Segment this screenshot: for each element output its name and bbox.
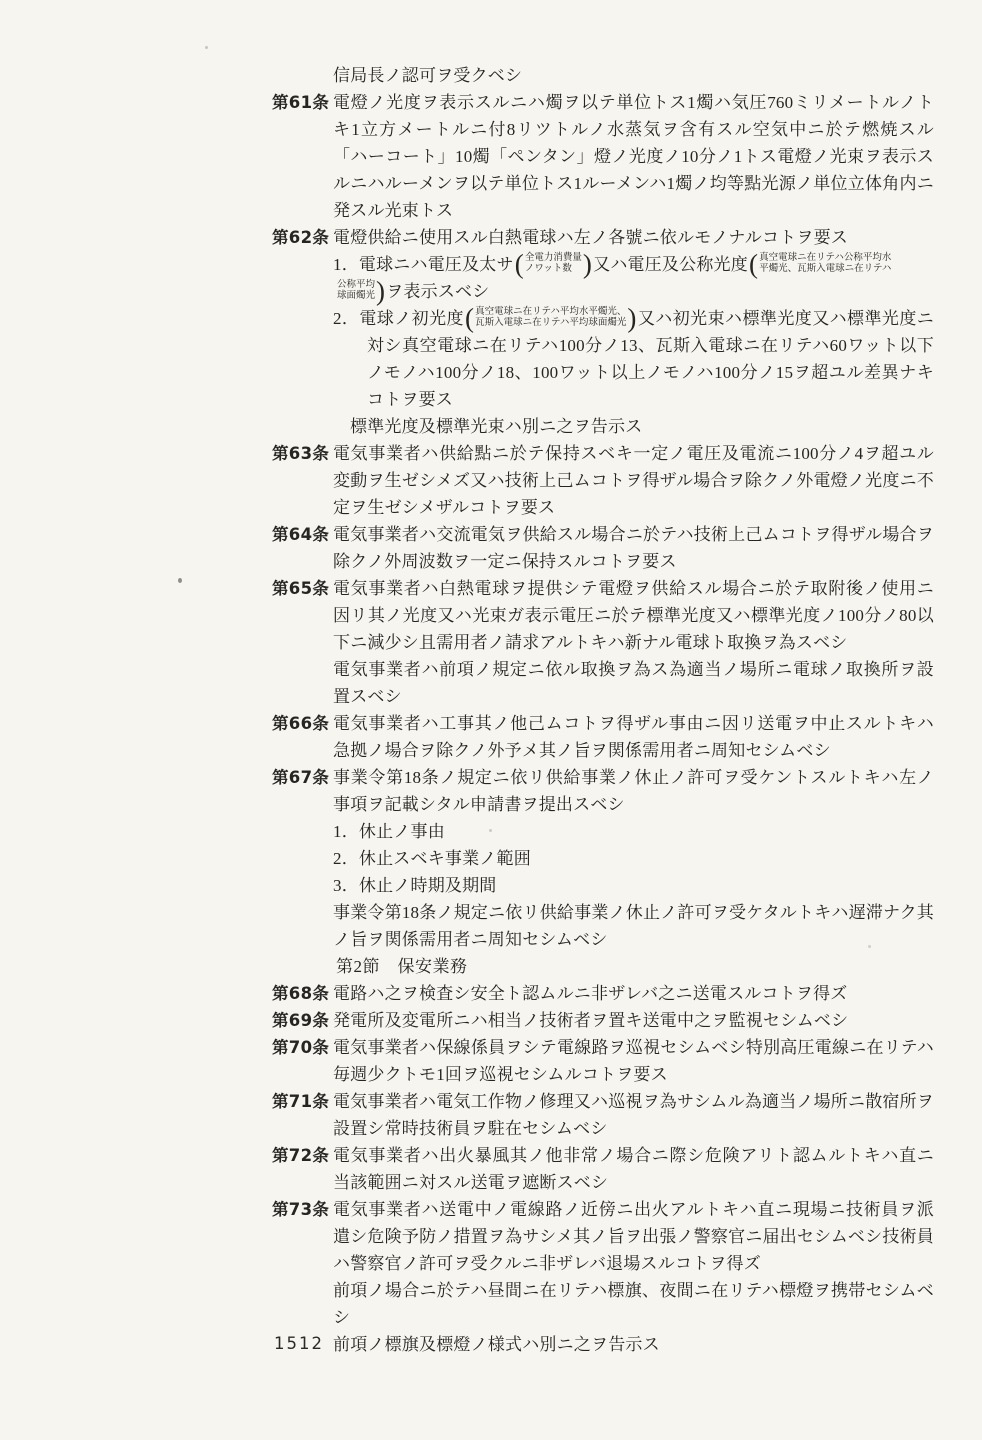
inline-annotation: (全電力消費量ノワット数) (514, 253, 593, 276)
article-body: 電気事業者ハ白熱電球ヲ提供シテ電燈ヲ供給スル場合ニ於テ取附後ノ使用ニ因リ其ノ光度… (333, 575, 934, 710)
note-line: 標準光度及標準光束ハ別ニ之ヲ告示ス (333, 413, 934, 440)
annotation-bottom-line: ノワット数 (525, 264, 582, 276)
page-number: 1512 (274, 1334, 324, 1353)
annotation-top-line: 全電力消費量 (525, 253, 582, 265)
list-item: 2．電球ノ初光度(真空電球ニ在リテハ平均水平燭光、瓦斯入電球ニ在リテハ平均球面燭… (333, 305, 934, 413)
article-paragraph: 電燈供給ニ使用スル白熱電球ハ左ノ各號ニ依ルモノナルコトヲ要ス (333, 224, 934, 251)
article-body: 電燈供給ニ使用スル白熱電球ハ左ノ各號ニ依ルモノナルコトヲ要ス1．電球ニハ電圧及太… (333, 224, 934, 440)
article-number: 第69条 (272, 1007, 333, 1034)
article-paragraph: 前項ノ場合ニ於テハ昼間ニ在リテハ標旗、夜間ニ在リテハ標燈ヲ携帯セシムベシ (333, 1277, 934, 1331)
article-number: 第68条 (272, 980, 333, 1007)
inline-annotation: 公称平均球面燭光) (337, 280, 386, 303)
document-row: 第61条電燈ノ光度ヲ表示スルニハ燭ヲ以テ単位トス1燭ハ気圧760ミリメートルノト… (272, 89, 934, 224)
document-row: 第62条電燈供給ニ使用スル白熱電球ハ左ノ各號ニ依ルモノナルコトヲ要ス1．電球ニハ… (272, 224, 934, 440)
article-body: 電気事業者ハ送電中ノ電線路ノ近傍ニ出火アルトキハ直ニ現場ニ技術員ヲ派遣シ危険予防… (333, 1196, 934, 1358)
article-number: 第63条 (272, 440, 333, 467)
continuation-line: 信局長ノ認可ヲ受クベシ (333, 62, 934, 89)
list-item: 1．電球ニハ電圧及太サ(全電力消費量ノワット数)又ハ電圧及公称光度(真空電球ニ在… (333, 251, 934, 278)
document-row: 第73条電気事業者ハ送電中ノ電線路ノ近傍ニ出火アルトキハ直ニ現場ニ技術員ヲ派遣シ… (272, 1196, 934, 1358)
annotation-lines: 真空電球ニ在リテハ平均水平燭光、瓦斯入電球ニ在リテハ平均球面燭光 (475, 307, 626, 330)
document-row: 信局長ノ認可ヲ受クベシ (272, 62, 934, 89)
scan-speck (178, 578, 182, 583)
scan-speck (205, 46, 208, 49)
list-item: 1．休止ノ事由 (333, 818, 934, 845)
article-paragraph: 電気事業者ハ電気工作物ノ修理又ハ巡視ヲ為サシムル為適当ノ場所ニ散宿所ヲ設置シ常時… (333, 1088, 934, 1142)
article-paragraph: 事業令第18条ノ規定ニ依リ供給事業ノ休止ノ許可ヲ受ケントスルトキハ左ノ事項ヲ記載… (333, 764, 934, 818)
article-number: 第71条 (272, 1088, 333, 1115)
document-row: 第72条電気事業者ハ出火暴風其ノ他非常ノ場合ニ際シ危険アリト認ムルトキハ直ニ当該… (272, 1142, 934, 1196)
article-paragraph: 電気事業者ハ前項ノ規定ニ依ル取換ヲ為ス為適当ノ場所ニ電球ノ取換所ヲ設置スベシ (333, 656, 934, 710)
article-body: 信局長ノ認可ヲ受クベシ (333, 62, 934, 89)
section-heading: 第2節 保安業務 (333, 953, 934, 980)
article-paragraph: 電気事業者ハ保線係員ヲシテ電線路ヲ巡視セシムベシ特別高圧電線ニ在リテハ毎週少クト… (333, 1034, 934, 1088)
article-paragraph: 電路ハ之ヲ検査シ安全ト認ムルニ非ザレバ之ニ送電スルコトヲ得ズ (333, 980, 934, 1007)
article-number: 第73条 (272, 1196, 333, 1223)
article-paragraph: 電気事業者ハ交流電気ヲ供給スル場合ニ於テハ技術上己ムコトヲ得ザル場合ヲ除クノ外周… (333, 521, 934, 575)
text-segment: 又ハ電圧及公称光度 (593, 255, 748, 274)
article-body: 電気事業者ハ保線係員ヲシテ電線路ヲ巡視セシムベシ特別高圧電線ニ在リテハ毎週少クト… (333, 1034, 934, 1088)
text-segment: 1．電球ニハ電圧及太サ (333, 255, 514, 274)
article-body: 発電所及変電所ニハ相当ノ技術者ヲ置キ送電中之ヲ監視セシムベシ (333, 1007, 934, 1034)
annotation-top-line: 公称平均 (337, 280, 375, 292)
document-page: 信局長ノ認可ヲ受クベシ第61条電燈ノ光度ヲ表示スルニハ燭ヲ以テ単位トス1燭ハ気圧… (0, 0, 982, 1440)
article-paragraph: 電気事業者ハ工事其ノ他己ムコトヲ得ザル事由ニ因リ送電ヲ中止スルトキハ急拠ノ場合ヲ… (333, 710, 934, 764)
article-paragraph: 発電所及変電所ニハ相当ノ技術者ヲ置キ送電中之ヲ監視セシムベシ (333, 1007, 934, 1034)
article-number: 第65条 (272, 575, 333, 602)
article-body: 電気事業者ハ工事其ノ他己ムコトヲ得ザル事由ニ因リ送電ヲ中止スルトキハ急拠ノ場合ヲ… (333, 710, 934, 764)
document-row: 第65条電気事業者ハ白熱電球ヲ提供シテ電燈ヲ供給スル場合ニ於テ取附後ノ使用ニ因リ… (272, 575, 934, 710)
article-body: 電気事業者ハ出火暴風其ノ他非常ノ場合ニ際シ危険アリト認ムルトキハ直ニ当該範囲ニ対… (333, 1142, 934, 1196)
document-row: 第69条発電所及変電所ニハ相当ノ技術者ヲ置キ送電中之ヲ監視セシムベシ (272, 1007, 934, 1034)
article-paragraph: 前項ノ標旗及標燈ノ様式ハ別ニ之ヲ告示ス (333, 1331, 934, 1358)
article-body: 事業令第18条ノ規定ニ依リ供給事業ノ休止ノ許可ヲ受ケントスルトキハ左ノ事項ヲ記載… (333, 764, 934, 953)
article-body: 電気事業者ハ交流電気ヲ供給スル場合ニ於テハ技術上己ムコトヲ得ザル場合ヲ除クノ外周… (333, 521, 934, 575)
annotation-lines: 全電力消費量ノワット数 (525, 253, 582, 276)
article-number: 第70条 (272, 1034, 333, 1061)
text-segment: 2．電球ノ初光度 (333, 309, 464, 328)
text-segment: ヲ表示スベシ (386, 282, 489, 301)
document-row: 第70条電気事業者ハ保線係員ヲシテ電線路ヲ巡視セシムベシ特別高圧電線ニ在リテハ毎… (272, 1034, 934, 1088)
article-body: 電気事業者ハ供給點ニ於テ保持スベキ一定ノ電圧及電流ニ100分ノ4ヲ超ユル変動ヲ生… (333, 440, 934, 521)
article-number: 第66条 (272, 710, 333, 737)
article-number: 第61条 (272, 89, 333, 116)
article-paragraph: 電気事業者ハ送電中ノ電線路ノ近傍ニ出火アルトキハ直ニ現場ニ技術員ヲ派遣シ危険予防… (333, 1196, 934, 1277)
annotation-top-line: 真空電球ニ在リテハ公称平均水 (759, 253, 891, 265)
article-body: 電路ハ之ヲ検査シ安全ト認ムルニ非ザレバ之ニ送電スルコトヲ得ズ (333, 980, 934, 1007)
annotation-lines: 真空電球ニ在リテハ公称平均水平燭光、瓦斯入電球ニ在リテハ (759, 253, 891, 276)
list-item: 3．休止ノ時期及期間 (333, 872, 934, 899)
article-number: 第62条 (272, 224, 333, 251)
document-row: 第64条電気事業者ハ交流電気ヲ供給スル場合ニ於テハ技術上己ムコトヲ得ザル場合ヲ除… (272, 521, 934, 575)
inline-annotation: (真空電球ニ在リテハ平均水平燭光、瓦斯入電球ニ在リテハ平均球面燭光) (464, 307, 638, 330)
article-paragraph: 電燈ノ光度ヲ表示スルニハ燭ヲ以テ単位トス1燭ハ気圧760ミリメートルノトキ1立方… (333, 89, 934, 224)
document-row: 第2節 保安業務 (272, 953, 934, 980)
document-row: 第66条電気事業者ハ工事其ノ他己ムコトヲ得ザル事由ニ因リ送電ヲ中止スルトキハ急拠… (272, 710, 934, 764)
document-row: 第63条電気事業者ハ供給點ニ於テ保持スベキ一定ノ電圧及電流ニ100分ノ4ヲ超ユル… (272, 440, 934, 521)
article-paragraph: 電気事業者ハ出火暴風其ノ他非常ノ場合ニ際シ危険アリト認ムルトキハ直ニ当該範囲ニ対… (333, 1142, 934, 1196)
scan-speck (868, 945, 871, 948)
article-body: 電燈ノ光度ヲ表示スルニハ燭ヲ以テ単位トス1燭ハ気圧760ミリメートルノトキ1立方… (333, 89, 934, 224)
annotation-bottom-line: 平燭光、瓦斯入電球ニ在リテハ (759, 264, 891, 276)
annotation-top-line: 真空電球ニ在リテハ平均水平燭光、 (475, 307, 626, 319)
scan-speck (489, 829, 492, 832)
inline-annotation: (真空電球ニ在リテハ公称平均水平燭光、瓦斯入電球ニ在リテハ (748, 253, 891, 276)
article-number: 第64条 (272, 521, 333, 548)
article-paragraph: 電気事業者ハ白熱電球ヲ提供シテ電燈ヲ供給スル場合ニ於テ取附後ノ使用ニ因リ其ノ光度… (333, 575, 934, 656)
annotation-bottom-line: 球面燭光 (337, 291, 375, 303)
text-flow: 信局長ノ認可ヲ受クベシ第61条電燈ノ光度ヲ表示スルニハ燭ヲ以テ単位トス1燭ハ気圧… (272, 62, 934, 1358)
list-item-continuation: 公称平均球面燭光)ヲ表示スベシ (333, 278, 934, 305)
annotation-bottom-line: 瓦斯入電球ニ在リテハ平均球面燭光 (475, 318, 626, 330)
article-body: 第2節 保安業務 (333, 953, 934, 980)
document-row: 第71条電気事業者ハ電気工作物ノ修理又ハ巡視ヲ為サシムル為適当ノ場所ニ散宿所ヲ設… (272, 1088, 934, 1142)
article-body: 電気事業者ハ電気工作物ノ修理又ハ巡視ヲ為サシムル為適当ノ場所ニ散宿所ヲ設置シ常時… (333, 1088, 934, 1142)
article-paragraph: 事業令第18条ノ規定ニ依リ供給事業ノ休止ノ許可ヲ受ケタルトキハ遅滞ナク其ノ旨ヲ関… (333, 899, 934, 953)
document-row: 第67条事業令第18条ノ規定ニ依リ供給事業ノ休止ノ許可ヲ受ケントスルトキハ左ノ事… (272, 764, 934, 953)
article-number: 第72条 (272, 1142, 333, 1169)
article-number: 第67条 (272, 764, 333, 791)
annotation-lines: 公称平均球面燭光 (337, 280, 375, 303)
list-item: 2．休止スベキ事業ノ範囲 (333, 845, 934, 872)
article-paragraph: 電気事業者ハ供給點ニ於テ保持スベキ一定ノ電圧及電流ニ100分ノ4ヲ超ユル変動ヲ生… (333, 440, 934, 521)
document-row: 第68条電路ハ之ヲ検査シ安全ト認ムルニ非ザレバ之ニ送電スルコトヲ得ズ (272, 980, 934, 1007)
